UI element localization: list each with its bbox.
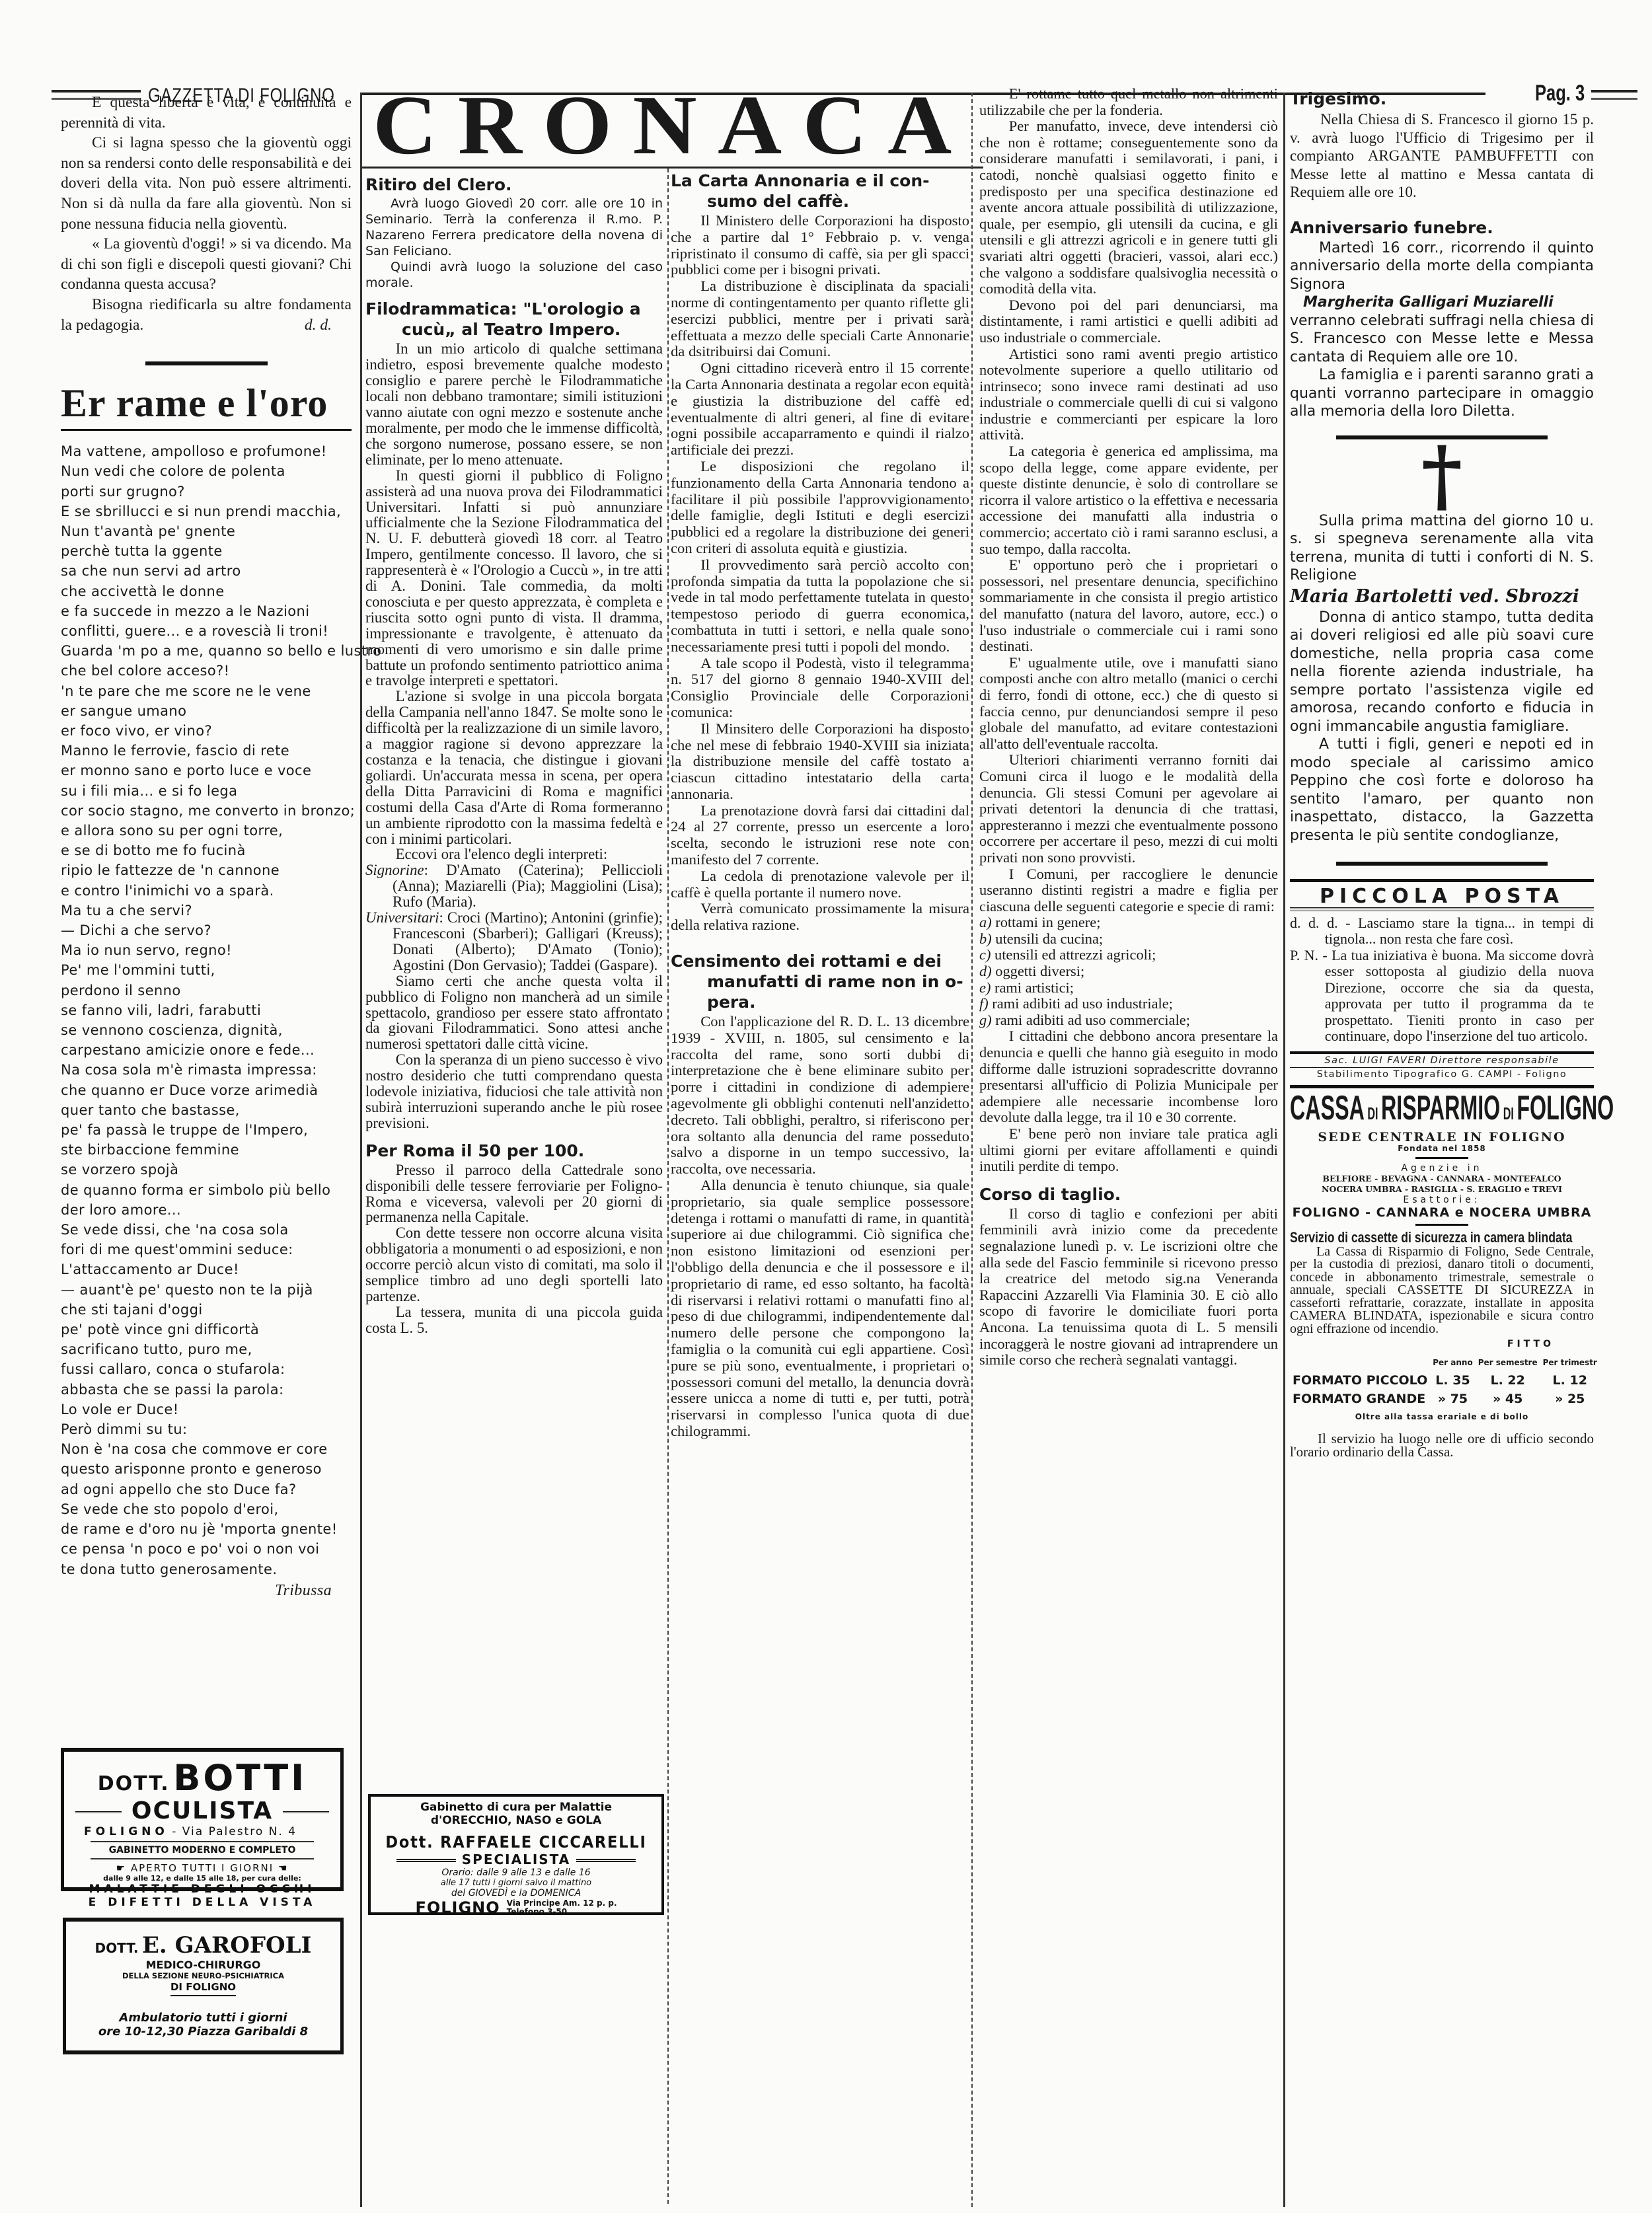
poem-line: che bel colore acceso?!	[61, 661, 352, 681]
ad-line: FOLIGNO - CANNARA e NOCERA UMBRA	[1290, 1205, 1594, 1220]
poem-title: Er rame e l'oro	[61, 380, 352, 426]
paragraph: Il Ministero delle Corporazioni ha dispo…	[671, 213, 969, 278]
ad-line: GABINETTO MODERNO E COMPLETO	[64, 1845, 340, 1856]
paragraph: E questa libertà è vita, è continuità e …	[61, 93, 352, 133]
paragraph: Devono poi del pari denunciarsi, ma dist…	[979, 297, 1278, 346]
column-divider	[360, 93, 362, 2207]
ad-line: BELFIORE - BEVAGNA - CANNARA - MONTEFALC…	[1290, 1174, 1594, 1184]
ad-cassa-risparmio: CASSA DI RISPARMIO DI FOLIGNO SEDE CENTR…	[1290, 1091, 1594, 1458]
signature: d. d.	[274, 315, 352, 336]
poem-line: de quanno forma er simbolo più bello	[61, 1180, 352, 1200]
paragraph: I Comuni, per raccogliere le denuncie us…	[979, 866, 1278, 915]
paragraph: Donna di antico stampo, tutta dedita ai …	[1290, 609, 1594, 736]
table-header: Per annoPer semestrePer trimestr	[1290, 1354, 1600, 1372]
poem-line: Se vede che sto popolo d'eroi,	[61, 1499, 352, 1519]
newspaper-page: GAZZETTA DI FOLIGNO Pag. 3 CRONACA E que…	[0, 0, 1652, 2213]
paragraph: La prenotazione dovrà farsi dai cittadin…	[671, 803, 969, 868]
list-item: d) oggetti diversi;	[979, 963, 1278, 980]
paragraph: E' bene però non inviare tale pratica ag…	[979, 1126, 1278, 1175]
ad-line: DELLA SEZIONE NEURO-PSICHIATRICA	[66, 1971, 340, 1980]
poem-line: porti sur grugno?	[61, 482, 352, 502]
ad-line: Oltre alla tassa erariale e di bollo	[1290, 1408, 1594, 1427]
poem-signature: Tribussa	[61, 1581, 352, 1600]
ad-line: APERTO TUTTI I GIORNI	[131, 1862, 274, 1874]
paragraph: Sulla prima mattina del giorno 10 u. s. …	[1290, 512, 1594, 585]
paragraph: A tutti i figli, generi e nepoti ed in m…	[1290, 735, 1594, 844]
paragraph: Ci si lagna spesso che la gioventù oggi …	[61, 133, 352, 234]
poem-line: quer tanto che bastasse,	[61, 1100, 352, 1120]
poem-line: Lo vole er Duce!	[61, 1400, 352, 1419]
poem-line: conflitti, guere... e a rovescià li tron…	[61, 621, 352, 641]
paragraph: verranno celebrati suffragi nella chiesa…	[1290, 312, 1594, 367]
paragraph: A tale scopo il Podestà, visto il telegr…	[671, 656, 969, 721]
colophon-printer: Stabilimento Tipografico G. CAMPI - Foli…	[1290, 1068, 1594, 1081]
paragraph: La famiglia e i parenti saranno grati a …	[1290, 366, 1594, 421]
list-item: a) rottami in genere;	[979, 915, 1278, 931]
poem-line: — auant'è pe' questo non te la pijà	[61, 1280, 352, 1300]
deceased-name: Maria Bartoletti ved. Sbrozzi	[1290, 585, 1594, 609]
paragraph: Alla denuncia è tenuto chiunque, sia qua…	[671, 1178, 969, 1440]
list-item: b) utensili da cucina;	[979, 931, 1278, 948]
list-item: f) rami adibiti ad uso industriale;	[979, 996, 1278, 1012]
paragraph: Quindi avrà luogo la soluzione del caso …	[365, 260, 663, 291]
poem-line: pe' fa passà le truppe de l'Impero,	[61, 1120, 352, 1140]
paragraph: Il Minsitero delle Corporazioni ha dispo…	[671, 721, 969, 803]
poem-line: ce pensa 'n poco e po' voi o non voi	[61, 1539, 352, 1559]
paragraph: Nella Chiesa di S. Francesco il giorno 1…	[1290, 110, 1594, 202]
ad-line: Ambulatorio tutti i giorni	[66, 2011, 340, 2025]
poem-line: e allora sono su per ogni torre,	[61, 821, 352, 841]
article-title: La Carta Annonaria e il con- sumo del ca…	[671, 170, 969, 211]
poem-line: Na cosa sola m'è rimasta impressa:	[61, 1060, 352, 1080]
poem-line: sacrificano tutto, puro me,	[61, 1339, 352, 1359]
divider	[1336, 862, 1548, 866]
poem-line: abbasta che se passi la parola:	[61, 1380, 352, 1400]
paragraph: Eccovi ora l'elenco degli interpreti:	[365, 846, 663, 862]
poem-line: Non è 'na cosa che commove er core	[61, 1439, 352, 1459]
paragraph: Il servizio ha luogo nelle ore di uffici…	[1290, 1432, 1594, 1458]
ad-line: ore 10-12,30 Piazza Garibaldi 8	[66, 2025, 340, 2039]
ad-prefix: DOTT.	[98, 1772, 170, 1795]
poem-line: er foco vivo, er vino?	[61, 721, 352, 741]
poem-line: che quanno er Duce vorze arimedià	[61, 1080, 352, 1100]
ad-city: FOLIGNO	[415, 1898, 500, 1917]
ad-line: NOCERA UMBRA - RASIGLIA - S. ERAGLIO e T…	[1290, 1184, 1594, 1195]
paragraph: Presso il parroco della Cattedrale sono …	[365, 1162, 663, 1226]
poem-line: Però dimmi su tu:	[61, 1419, 352, 1439]
ad-line: DI FOLIGNO	[170, 1981, 236, 1996]
ad-botti: DOTT. BOTTI OCULISTA FOLIGNO - Via Pales…	[61, 1748, 344, 1891]
article-title: Ritiro del Clero.	[365, 174, 663, 195]
ad-phone: Telefono 3-50	[507, 1907, 567, 1916]
poem-line: su i fili mia... e si fo lega	[61, 781, 352, 801]
poem-line: ad ogni appello che sto Duce fa?	[61, 1480, 352, 1499]
paragraph: Verrà comunicato prossimamente la misura…	[671, 901, 969, 934]
cast-list: Signorine: D'Amato (Caterina); Pelliccio…	[365, 862, 663, 910]
poem-line: Se vede dissi, che 'na cosa sola	[61, 1220, 352, 1240]
poem-line: Ma io nun servo, regno!	[61, 940, 352, 960]
paragraph: Avrà luogo Giovedì 20 corr. alle ore 10 …	[365, 196, 663, 260]
paragraph: Il provvedimento sarà perciò accolto con…	[671, 557, 969, 656]
header-rule-right	[1591, 90, 1637, 100]
paragraph: La cedola di prenotazione valevole per i…	[671, 868, 969, 901]
ad-doctor-name: BOTTI	[173, 1757, 307, 1799]
section-masthead: CRONACA	[347, 86, 999, 164]
ad-line: Orario: dalle 9 alle 13 e dalle 16	[371, 1867, 661, 1878]
poem-line: carpestano amicizie onore e fede...	[61, 1040, 352, 1060]
paragraph: Con l'applicazione del R. D. L. 13 dicem…	[671, 1014, 969, 1178]
paragraph: Per manufatto, invece, deve intendersi c…	[979, 118, 1278, 297]
ad-prefix: DOTT.	[95, 1940, 139, 1956]
ad-line: Fondata nel 1858	[1290, 1144, 1594, 1153]
poem-line: Ma tu a che servi?	[61, 901, 352, 920]
paragraph: I cittadini che debbono ancora presentar…	[979, 1028, 1278, 1126]
paragraph: Artistici sono rami aventi pregio artist…	[979, 346, 1278, 444]
section-rule	[1290, 879, 1594, 882]
poem-line: perchè tutta la ggente	[61, 541, 352, 561]
column-5: Trigesimo. Nella Chiesa di S. Francesco …	[1290, 85, 1594, 1458]
ad-line: Servizio di cassette di sicurezza in cam…	[1290, 1230, 1586, 1246]
poem-line: ste birbaccione femmine	[61, 1140, 352, 1160]
paragraph: E' rottame tutto quel metallo non altrim…	[979, 86, 1278, 118]
piccola-posta-list: d. d. d. - Lasciamo stare la tigna... in…	[1290, 915, 1594, 1045]
column-2: Ritiro del Clero. Avrà luogo Giovedì 20 …	[365, 170, 663, 1336]
section-title: PICCOLA POSTA	[1290, 887, 1594, 906]
ad-line: dalle 9 alle 12, e dalle 15 alle 18, per…	[64, 1874, 340, 1883]
poem-line: er monno sano e porto luce e voce	[61, 761, 352, 780]
ad-address: Via Principe Am. 12 p. p.	[507, 1898, 617, 1908]
ad-line: Gabinetto di cura per Malattie	[371, 1801, 661, 1814]
poem-line: te dona tutto generosamente.	[61, 1559, 352, 1579]
title-rule	[61, 429, 352, 431]
deceased-name: Margherita Galligari Muziarelli	[1290, 293, 1594, 312]
paragraph: Con dette tessere non occorre alcuna vis…	[365, 1225, 663, 1304]
poem-line: perdono il senno	[61, 981, 352, 1000]
paragraph: E' ugualmente utile, ove i manufatti sia…	[979, 655, 1278, 753]
poem-line: Manno le ferrovie, fascio di rete	[61, 741, 352, 761]
cast-list: Universitari: Croci (Martino); Antonini …	[365, 910, 663, 973]
ad-line: del GIOVEDÌ e la DOMENICA	[371, 1888, 661, 1898]
poem-line: Ma vattene, ampolloso e profumone!	[61, 441, 352, 461]
poem-line: Nun vedi che colore de polenta	[61, 461, 352, 481]
ad-specialty: SPECIALISTA	[462, 1852, 570, 1867]
column-divider	[971, 93, 973, 2207]
poem-line: sa che nun servi ad artro	[61, 561, 352, 581]
ad-line: FITTO	[1290, 1335, 1594, 1354]
paragraph: La tessera, munita di una piccola guida …	[365, 1304, 663, 1336]
column-3: La Carta Annonaria e il con- sumo del ca…	[671, 167, 969, 1440]
list-item: P. N. - La tua iniziativa è buona. Ma si…	[1290, 948, 1594, 1045]
list-item: c) utensili ed attrezzi agricoli;	[979, 947, 1278, 963]
article-title: Filodrammatica: "L'orologio a cucù„ al T…	[365, 299, 663, 340]
poem-line: fori di me quest'ommini seduce:	[61, 1240, 352, 1259]
paragraph: Le disposizioni che regolano il funziona…	[671, 459, 969, 557]
ad-line: MEDICO-CHIRURGO	[66, 1959, 340, 1971]
ad-ciccarelli: Gabinetto di cura per Malattie d'ORECCHI…	[368, 1794, 664, 1915]
ad-doctor-name: E. GAROFOLI	[142, 1932, 311, 1959]
poem-line: 'n te pare che me score ne le vene	[61, 681, 352, 701]
poem-line: cor socio stagno, me converto in bronzo;	[61, 801, 352, 821]
table-row: FORMATO PICCOLOL. 35L. 22L. 12	[1290, 1372, 1600, 1390]
poem-line: L'attaccamento ar Duce!	[61, 1259, 352, 1279]
table-row: FORMATO GRANDE» 75» 45» 25	[1290, 1390, 1600, 1409]
ad-doctor-name: Dott. RAFFAELE CICCARELLI	[385, 1832, 647, 1852]
list-item: g) rami adibiti ad uso commerciale;	[979, 1012, 1278, 1029]
paragraph: Il corso di taglio e confezioni per abit…	[979, 1206, 1278, 1369]
poem-line: — Dichi a che servo?	[61, 920, 352, 940]
poem-line: che accivettà le donne	[61, 581, 352, 601]
paragraph: Siamo certi che anche questa volta il pu…	[365, 973, 663, 1053]
poem-line: de rame e d'oro nu jè 'mporta gnente!	[61, 1519, 352, 1539]
poem-line: ripio le fattezze de 'n cannone	[61, 860, 352, 880]
paragraph: Ulteriori chiarimenti verranno forniti d…	[979, 752, 1278, 866]
paragraph: La distribuzione è disciplinata da spaci…	[671, 278, 969, 360]
ad-line: Agenzie in	[1290, 1163, 1594, 1174]
paragraph: Bisogna riedificarla su altre fondamenta…	[61, 295, 352, 335]
article-title: Corso di taglio.	[979, 1184, 1278, 1205]
ad-line: E DIFETTI DELLA VISTA	[64, 1896, 340, 1909]
paragraph: Martedì 16 corr., ricorrendo il quinto a…	[1290, 239, 1594, 294]
paragraph: L'azione si svolge in una piccola borgat…	[365, 689, 663, 846]
column-4: E' rottame tutto quel metallo non altrim…	[979, 86, 1278, 1369]
column-divider	[667, 169, 669, 2204]
article-title: Censimento dei rottami e dei manufatti d…	[671, 951, 969, 1012]
poem-line: E se sbrillucci e si nun prendi macchia,	[61, 502, 352, 521]
poem-line: e fa succede in mezzo a le Nazioni	[61, 601, 352, 621]
list-item: e) rami artistici;	[979, 980, 1278, 996]
column-divider	[1283, 93, 1285, 2207]
paragraph: E' opportuno però che i proprietari o po…	[979, 557, 1278, 655]
poem-line: Nun t'avantà pe' gnente	[61, 521, 352, 541]
article-title: Anniversario funebre.	[1290, 217, 1594, 238]
divider	[145, 361, 268, 365]
ad-specialty: OCULISTA	[131, 1797, 273, 1824]
ad-garofoli: DOTT. E. GAROFOLI MEDICO-CHIRURGO DELLA …	[63, 1918, 344, 2054]
poem-line: e se di botto me fo fucinà	[61, 841, 352, 860]
paragraph: In questi giorni il pubblico di Foligno …	[365, 468, 663, 689]
poem-line: er sangue umano	[61, 701, 352, 721]
ad-line: alle 17 tutti i giorni salvo il mattino	[371, 1878, 661, 1888]
paragraph: In un mio articolo di qualche settimana …	[365, 341, 663, 467]
poem-body: Ma vattene, ampolloso e profumone!Nun ve…	[61, 441, 352, 1579]
ad-line: SEDE CENTRALE IN FOLIGNO	[1290, 1131, 1594, 1144]
poem-line: Guarda 'm po a me, quanno so bello e lus…	[61, 641, 352, 661]
category-list: a) rottami in genere;b) utensili da cuci…	[979, 915, 1278, 1028]
ad-line: d'ORECCHIO, NASO e GOLA	[371, 1814, 661, 1827]
poem-line: questo arisponne pronto e generoso	[61, 1459, 352, 1479]
colophon-director: Sac. LUIGI FAVERI Direttore responsabile	[1290, 1054, 1594, 1067]
poem-line: e contro l'inimichi vo a sparà.	[61, 881, 352, 901]
poem-line: fussi callaro, conca o stufarola:	[61, 1359, 352, 1379]
cross-icon: †	[1290, 439, 1594, 512]
price-table: Per annoPer semestrePer trimestrFORMATO …	[1290, 1354, 1600, 1409]
poem-line: pe' potè vince gni difficortà	[61, 1320, 352, 1339]
ad-bank-name: CASSA DI RISPARMIO DI FOLIGNO	[1290, 1091, 1593, 1131]
list-item: d. d. d. - Lasciamo stare la tigna... in…	[1290, 915, 1594, 948]
paragraph: La Cassa di Risparmio di Foligno, Sede C…	[1290, 1246, 1594, 1336]
ad-address: - Via Palestro N. 4	[172, 1825, 297, 1838]
ad-city: FOLIGNO	[84, 1825, 169, 1838]
paragraph: Con la speranza di un pieno successo è v…	[365, 1052, 663, 1131]
poem-line: se fanno vili, ladri, farabutti	[61, 1000, 352, 1020]
article-title: Per Roma il 50 per 100.	[365, 1141, 663, 1161]
ad-line: MALATTIE DEGLI OCCHI	[64, 1883, 340, 1896]
poem-line: se vennono coscienza, dignità,	[61, 1020, 352, 1040]
poem-line: se vorzero spojà	[61, 1160, 352, 1180]
ad-line: Esattorie:	[1290, 1195, 1594, 1205]
article-title: Trigesimo.	[1290, 89, 1594, 109]
column-1: E questa libertà è vita, è continuità e …	[61, 93, 352, 1600]
poem-line: Pe' me l'ommini tutti,	[61, 960, 352, 980]
paragraph: Ogni cittadino riceverà entro il 15 corr…	[671, 360, 969, 459]
poem-line: der loro amore...	[61, 1200, 352, 1220]
poem-line: che sti tajani d'oggi	[61, 1300, 352, 1320]
paragraph: La categoria è generica ed amplissima, m…	[979, 443, 1278, 557]
paragraph: « La gioventù d'oggi! » si va dicendo. M…	[61, 234, 352, 295]
